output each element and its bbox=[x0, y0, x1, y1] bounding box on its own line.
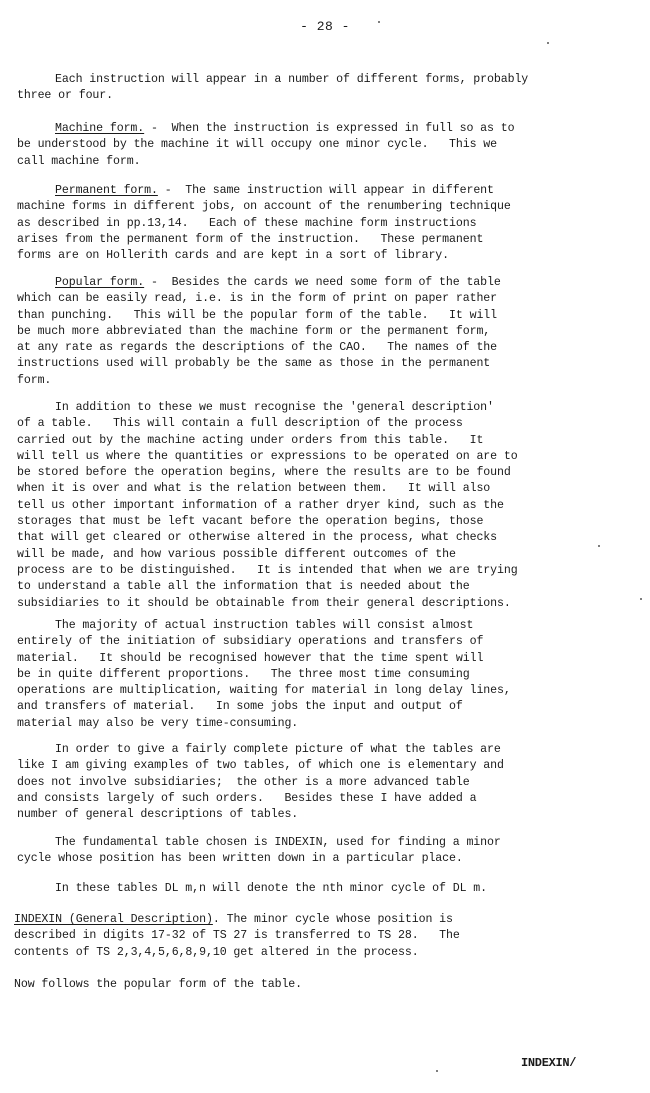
paragraph-indexin-description: INDEXIN (General Description). The minor… bbox=[14, 912, 614, 961]
paragraph-text: The majority of actual instruction table… bbox=[17, 619, 511, 730]
section-heading-indexin: INDEXIN (General Description) bbox=[14, 913, 213, 926]
paragraph-text: In addition to these we must recognise t… bbox=[17, 401, 518, 610]
paragraph-popular-form: Popular form. - Besides the cards we nee… bbox=[17, 275, 617, 389]
paragraph-permanent-form: Permanent form. - The same instruction w… bbox=[17, 183, 617, 264]
paragraph-text: The fundamental table chosen is INDEXIN,… bbox=[17, 836, 501, 865]
paragraph-text: Each instruction will appear in a number… bbox=[17, 73, 528, 102]
paragraph-text: In these tables DL m,n will denote the n… bbox=[55, 882, 487, 895]
scan-speck bbox=[640, 598, 642, 600]
scan-speck bbox=[436, 1070, 438, 1072]
page-number: - 28 - bbox=[0, 19, 650, 34]
paragraph-majority-tables: The majority of actual instruction table… bbox=[17, 618, 617, 732]
paragraph-examples: In order to give a fairly complete pictu… bbox=[17, 742, 617, 823]
section-heading-permanent-form: Permanent form. bbox=[55, 184, 158, 197]
paragraph-now-follows: Now follows the popular form of the tabl… bbox=[14, 977, 614, 993]
paragraph-text: Now follows the popular form of the tabl… bbox=[14, 978, 302, 991]
paragraph-general-description: In addition to these we must recognise t… bbox=[17, 400, 617, 612]
scan-speck bbox=[598, 545, 600, 547]
footer-catchword: INDEXIN/ bbox=[521, 1056, 576, 1070]
scan-speck bbox=[547, 42, 549, 44]
paragraph-machine-form: Machine form. - When the instruction is … bbox=[17, 121, 617, 170]
paragraph-fundamental-table: The fundamental table chosen is INDEXIN,… bbox=[17, 835, 617, 868]
paragraph-text: - Besides the cards we need some form of… bbox=[17, 276, 501, 387]
paragraph-dl-notation: In these tables DL m,n will denote the n… bbox=[17, 881, 617, 897]
scan-speck bbox=[378, 21, 380, 23]
paragraph-text: In order to give a fairly complete pictu… bbox=[17, 743, 504, 821]
section-heading-popular-form: Popular form. bbox=[55, 276, 144, 289]
section-heading-machine-form: Machine form. bbox=[55, 122, 144, 135]
paragraph-intro: Each instruction will appear in a number… bbox=[17, 72, 617, 105]
